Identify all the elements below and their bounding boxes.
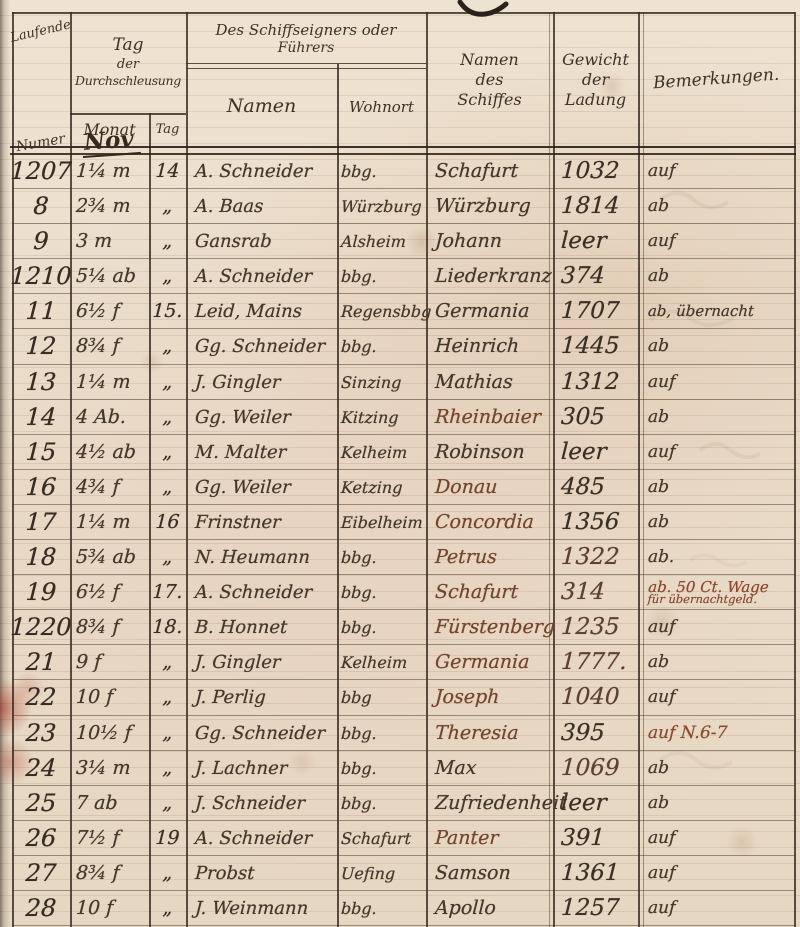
cell-remark: auf (637, 154, 796, 188)
cell-weight: 1257 (552, 891, 639, 925)
table-row: 16 4¾ f „ Gg. Weiler Ketzing Donau 485 a… (12, 470, 795, 505)
cell-residence: bbg (336, 680, 427, 714)
header-text: Gewicht (562, 50, 629, 70)
header-text: Laufende (9, 17, 73, 47)
month-note: Nov (81, 125, 141, 158)
remark-line-1: auf (647, 828, 675, 848)
table-row: 21 9 f „ J. Gingler Kelheim Germania 177… (12, 645, 795, 680)
cell-day: 16 (148, 505, 187, 539)
cell-number: 18 (11, 540, 71, 574)
cell-owner-name: Probst (185, 856, 338, 890)
cell-ship-name: Fürstenberg (425, 610, 554, 644)
cell-remark: auf (637, 435, 796, 469)
cell-weight: 1040 (552, 680, 639, 714)
header-wohnort: Wohnort (337, 68, 426, 146)
remark-line-1: ab (647, 266, 669, 286)
remark-line-1: auf (647, 898, 675, 918)
cell-weight: 374 (552, 259, 639, 293)
cell-residence: Kelheim (336, 645, 427, 679)
cell-residence: Kelheim (336, 435, 427, 469)
cell-ship-name: Germania (425, 294, 554, 328)
cell-weight: 1814 (552, 189, 639, 223)
cell-remark: auf (637, 224, 796, 258)
table-row: 13 1¼ m „ J. Gingler Sinzing Mathias 131… (12, 365, 795, 400)
table-row: 14 4 Ab. „ Gg. Weiler Kitzing Rheinbaier… (12, 400, 795, 435)
cell-owner-name: Leid, Mains (185, 294, 338, 328)
cell-residence: bbg. (336, 891, 427, 925)
remark-line-1: ab (647, 512, 669, 532)
header-text: Ladung (565, 90, 626, 110)
cell-ship-name: Germania (425, 645, 554, 679)
table-row: 24 3¼ m „ J. Lachner bbg. Max 1069 ab (12, 751, 795, 786)
remark-line-1: ab (647, 407, 669, 427)
cell-ship-name: Joseph (425, 680, 554, 714)
cell-residence: bbg. (336, 259, 427, 293)
remark-line-2: für übernachtgeld. (647, 594, 757, 606)
table-row: 9 3 m „ Gansrab Alsheim Johann leer auf (12, 224, 795, 259)
cell-owner-name: Gg. Weiler (185, 470, 338, 504)
cell-day: 19 (148, 821, 187, 855)
cell-ship-name: Schafurt (425, 154, 554, 188)
cell-number: 22 (11, 680, 71, 714)
header-text: Tag (156, 122, 180, 138)
cell-residence: Alsheim (336, 224, 427, 258)
remark-line-1: ab (647, 652, 669, 672)
remark-line-1: auf N.6-7 (647, 723, 727, 743)
cell-weight: 1069 (552, 751, 639, 785)
cell-day: „ (148, 645, 187, 679)
remark-line-1: auf (647, 161, 675, 181)
cell-number: 23 (11, 716, 71, 750)
header-text: Wohnort (349, 98, 414, 117)
cell-ship-name: Schafurt (425, 575, 554, 609)
table-row: 8 2¾ m „ A. Baas Würzburg Würzburg 1814 … (12, 189, 795, 224)
cell-weight: 305 (552, 400, 639, 434)
cell-number: 1210 (11, 259, 71, 293)
table-row: 15 4½ ab „ M. Malter Kelheim Robinson le… (12, 435, 795, 470)
cell-number: 14 (11, 400, 71, 434)
cell-day: „ (148, 540, 187, 574)
cell-number: 27 (11, 856, 71, 890)
table-body: 1207 1¼ m 14 A. Schneider bbg. Schafurt … (12, 154, 795, 926)
cell-ship-name: Liederkranz (425, 259, 554, 293)
table-row: 11 6½ f 15. Leid, Mains Regensbbg German… (12, 294, 795, 329)
cell-owner-name: J. Schneider (185, 786, 338, 820)
cell-day: „ (148, 786, 187, 820)
table-row: 12 8¾ f „ Gg. Schneider bbg. Heinrich 14… (12, 329, 795, 364)
cell-day: „ (148, 329, 187, 363)
table-row: 1220 8¾ f 18. B. Honnet bbg. Fürstenberg… (12, 610, 795, 645)
table-row: 1210 5¼ ab „ A. Schneider bbg. Liederkra… (12, 259, 795, 294)
cell-weight: leer (552, 786, 639, 820)
remark-line-1: ab (647, 758, 669, 778)
header-laufende-nummer: Laufende Numer (12, 16, 70, 166)
cell-time: 4¾ f (69, 470, 150, 504)
header-schiffseigner-gruppe: Des Schiffseigners oder Führers (186, 14, 426, 64)
cell-time: 8¾ f (69, 610, 150, 644)
cell-residence: bbg. (336, 329, 427, 363)
cell-residence: bbg. (336, 610, 427, 644)
header-text: Durchschleusung (75, 73, 181, 89)
cell-remark: ab (637, 189, 796, 223)
cell-ship-name: Concordia (425, 505, 554, 539)
cell-remark: ab (637, 329, 796, 363)
cell-residence: Ketzing (336, 470, 427, 504)
cell-owner-name: J. Gingler (185, 365, 338, 399)
cell-number: 17 (11, 505, 71, 539)
cell-time: 4 Ab. (69, 400, 150, 434)
cell-day: „ (148, 470, 187, 504)
cell-number: 11 (11, 294, 71, 328)
cell-time: 8¾ f (69, 329, 150, 363)
cell-day: 18. (148, 610, 187, 644)
ink-mark (452, 0, 522, 22)
cell-time: 10 f (69, 891, 150, 925)
cell-time: 6½ f (69, 575, 150, 609)
header-text: Namen (460, 50, 518, 70)
cell-residence: bbg. (336, 716, 427, 750)
cell-ship-name: Heinrich (425, 329, 554, 363)
header-tag: Tag (149, 114, 186, 146)
header-text: der (117, 57, 139, 73)
cell-remark: ab. 50 Ct. Wage für übernachtgeld. (637, 575, 796, 609)
header-text: des (476, 70, 504, 90)
cell-remark: ab (637, 645, 796, 679)
cell-time: 1¼ m (69, 365, 150, 399)
cell-ship-name: Petrus (425, 540, 554, 574)
cell-weight: 391 (552, 821, 639, 855)
cell-ship-name: Robinson (425, 435, 554, 469)
remark-line-1: ab, übernacht (648, 302, 755, 320)
cell-residence: bbg. (336, 786, 427, 820)
cell-remark: auf N.6-7 (637, 716, 796, 750)
remark-line-1: auf (647, 231, 675, 251)
cell-time: 1¼ m (69, 505, 150, 539)
cell-residence: Regensbbg (336, 294, 427, 328)
cell-weight: 395 (552, 716, 639, 750)
cell-remark: ab (637, 751, 796, 785)
cell-day: „ (148, 716, 187, 750)
cell-remark: ab. (637, 540, 796, 574)
cell-residence: Kitzing (336, 400, 427, 434)
cell-number: 28 (11, 891, 71, 925)
cell-day: „ (148, 259, 187, 293)
header-text: Des Schiffseigners oder (216, 21, 397, 40)
table-row: 1207 1¼ m 14 A. Schneider bbg. Schafurt … (12, 154, 795, 189)
cell-residence: bbg. (336, 575, 427, 609)
cell-ship-name: Donau (425, 470, 554, 504)
table-row: 25 7 ab „ J. Schneider bbg. Zufriedenhei… (12, 786, 795, 821)
cell-ship-name: Samson (425, 856, 554, 890)
remark-line-1: ab (647, 793, 669, 813)
cell-time: 2¾ m (69, 189, 150, 223)
cell-number: 15 (11, 435, 71, 469)
cell-remark: auf (637, 365, 796, 399)
remark-line-1: ab (647, 477, 669, 497)
cell-owner-name: J. Gingler (185, 645, 338, 679)
cell-remark: auf (637, 821, 796, 855)
table-row: 22 10 f „ J. Perlig bbg Joseph 1040 auf (12, 680, 795, 715)
cell-remark: auf (637, 891, 796, 925)
header-text: Tag (112, 35, 143, 56)
cell-remark: auf (637, 610, 796, 644)
header-text: Numer (15, 130, 67, 156)
cell-owner-name: J. Perlig (185, 680, 338, 714)
remark-line-1: auf (647, 372, 675, 392)
cell-number: 12 (11, 329, 71, 363)
header-text: Namen (227, 95, 296, 119)
cell-time: 6½ f (69, 294, 150, 328)
cell-weight: leer (552, 435, 639, 469)
cell-time: 7 ab (69, 786, 150, 820)
cell-owner-name: Gg. Schneider (185, 716, 338, 750)
cell-weight: 1322 (552, 540, 639, 574)
table-row: 19 6½ f 17. A. Schneider bbg. Schafurt 3… (12, 575, 795, 610)
cell-owner-name: A. Schneider (185, 821, 338, 855)
remark-line-1: auf (647, 442, 675, 462)
cell-residence: bbg. (336, 154, 427, 188)
cell-residence: Eibelheim (336, 505, 427, 539)
cell-weight: leer (552, 224, 639, 258)
cell-day: „ (148, 891, 187, 925)
header-namen-des-schiffes: Namen des Schiffes (426, 14, 553, 146)
cell-residence: Uefing (336, 856, 427, 890)
cell-time: 3 m (69, 224, 150, 258)
header-text: Schiffes (457, 90, 521, 110)
cell-ship-name: Rheinbaier (425, 400, 554, 434)
cell-owner-name: M. Malter (185, 435, 338, 469)
cell-ship-name: Apollo (425, 891, 554, 925)
cell-ship-name: Theresia (425, 716, 554, 750)
cell-ship-name: Johann (425, 224, 554, 258)
cell-day: „ (148, 435, 187, 469)
cell-owner-name: Gg. Schneider (185, 329, 338, 363)
cell-weight: 1707 (552, 294, 639, 328)
cell-remark: ab (637, 259, 796, 293)
cell-number: 9 (11, 224, 71, 258)
table-row: 23 10½ f „ Gg. Schneider bbg. Theresia 3… (12, 716, 795, 751)
cell-number: 8 (11, 189, 71, 223)
cell-day: „ (148, 680, 187, 714)
cell-owner-name: Gansrab (185, 224, 338, 258)
cell-time: 9 f (69, 645, 150, 679)
cell-weight: 1312 (552, 365, 639, 399)
cell-ship-name: Zufriedenheit (425, 786, 554, 820)
cell-owner-name: A. Schneider (185, 575, 338, 609)
cell-day: „ (148, 189, 187, 223)
cell-number: 25 (11, 786, 71, 820)
header-text: der (582, 70, 609, 90)
header-text: Bemerkungen. (653, 65, 781, 95)
cell-day: 17. (148, 575, 187, 609)
cell-remark: auf (637, 680, 796, 714)
table-row: 17 1¼ m 16 Frinstner Eibelheim Concordia… (12, 505, 795, 540)
cell-number: 16 (11, 470, 71, 504)
remark-line-1: ab (647, 196, 669, 216)
cell-number: 1220 (11, 610, 71, 644)
cell-weight: 1361 (552, 856, 639, 890)
cell-time: 7½ f (69, 821, 150, 855)
cell-ship-name: Max (425, 751, 554, 785)
ledger-page: Laufende Numer Tag der Durchschleusung M… (0, 0, 800, 927)
cell-ship-name: Panter (425, 821, 554, 855)
header-gewicht-der-ladung: Gewicht der Ladung (553, 14, 638, 146)
cell-weight: 485 (552, 470, 639, 504)
remark-line-1: auf (647, 617, 675, 637)
cell-time: 1¼ m (69, 154, 150, 188)
cell-weight: 1356 (552, 505, 639, 539)
cell-weight: 1777. (552, 645, 639, 679)
header-text: Führers (278, 40, 335, 58)
cell-number: 26 (11, 821, 71, 855)
cell-owner-name: Frinstner (185, 505, 338, 539)
cell-time: 5¾ ab (69, 540, 150, 574)
cell-day: „ (148, 365, 187, 399)
cell-owner-name: J. Lachner (185, 751, 338, 785)
cell-owner-name: Gg. Weiler (185, 400, 338, 434)
header-bemerkungen: Bemerkungen. (638, 14, 795, 146)
table-row: 27 8¾ f „ Probst Uefing Samson 1361 auf (12, 856, 795, 891)
cell-time: 5¼ ab (69, 259, 150, 293)
cell-owner-name: A. Schneider (185, 259, 338, 293)
cell-weight: 314 (552, 575, 639, 609)
header-tag-der-durchschleusung: Tag der Durchschleusung (70, 14, 186, 110)
cell-ship-name: Würzburg (425, 189, 554, 223)
cell-number: 19 (11, 575, 71, 609)
cell-owner-name: A. Baas (185, 189, 338, 223)
cell-ship-name: Mathias (425, 365, 554, 399)
cell-time: 10½ f (69, 716, 150, 750)
cell-time: 10 f (69, 680, 150, 714)
cell-owner-name: N. Heumann (185, 540, 338, 574)
cell-remark: ab (637, 786, 796, 820)
cell-day: „ (148, 400, 187, 434)
cell-residence: Sinzing (336, 365, 427, 399)
cell-owner-name: A. Schneider (185, 154, 338, 188)
cell-owner-name: B. Honnet (185, 610, 338, 644)
cell-remark: ab (637, 470, 796, 504)
cell-residence: bbg. (336, 540, 427, 574)
cell-number: 21 (11, 645, 71, 679)
cell-day: „ (148, 751, 187, 785)
remark-line-1: ab. (647, 547, 674, 567)
cell-residence: Würzburg (336, 189, 427, 223)
cell-weight: 1235 (552, 610, 639, 644)
cell-remark: ab (637, 505, 796, 539)
table-row: 28 10 f „ J. Weinmann bbg. Apollo 1257 a… (12, 891, 795, 926)
cell-day: 14 (148, 154, 187, 188)
table-row: 26 7½ f 19 A. Schneider Schafurt Panter … (12, 821, 795, 856)
cell-number: 13 (11, 365, 71, 399)
cell-remark: ab (637, 400, 796, 434)
cell-remark: ab, übernacht (637, 294, 796, 328)
cell-day: „ (148, 856, 187, 890)
cell-weight: 1032 (552, 154, 639, 188)
remark-line-1: auf (647, 687, 675, 707)
remark-line-1: auf (647, 863, 675, 883)
cell-remark: auf (637, 856, 796, 890)
table-row: 18 5¾ ab „ N. Heumann bbg. Petrus 1322 a… (12, 540, 795, 575)
remark-line-1: ab (647, 337, 669, 357)
header-namen: Namen (186, 68, 337, 146)
cell-number: 24 (11, 751, 71, 785)
cell-time: 4½ ab (69, 435, 150, 469)
cell-time: 8¾ f (69, 856, 150, 890)
cell-weight: 1445 (552, 329, 639, 363)
cell-residence: Schafurt (336, 821, 427, 855)
cell-day: „ (148, 224, 187, 258)
cell-day: 15. (148, 294, 187, 328)
cell-residence: bbg. (336, 751, 427, 785)
cell-owner-name: J. Weinmann (185, 891, 338, 925)
cell-time: 3¼ m (69, 751, 150, 785)
